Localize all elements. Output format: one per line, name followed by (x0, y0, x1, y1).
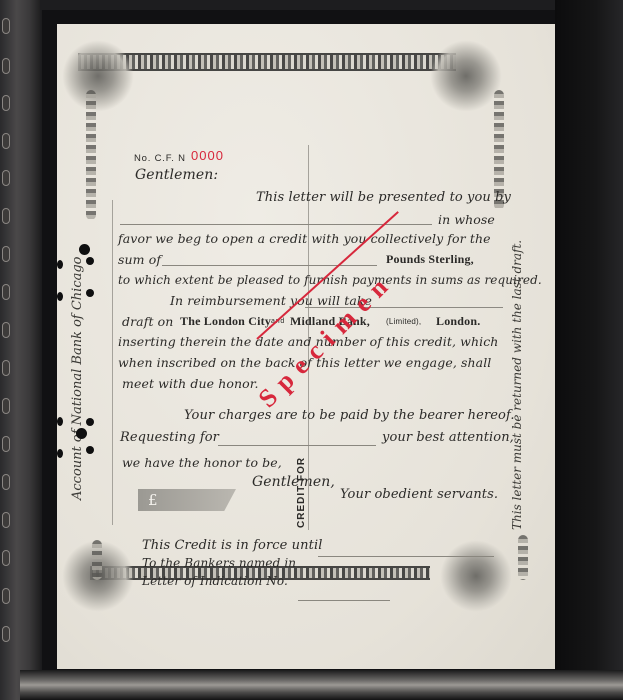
sleeve-bottom-edge (20, 670, 623, 700)
requesting-for-blank (218, 445, 376, 446)
serial-number: 0000 (191, 148, 224, 163)
binder-ring-icon (2, 284, 10, 300)
punch-hole (76, 428, 87, 439)
punch-hole (57, 449, 63, 458)
specimen-word: Specimen (253, 266, 401, 414)
binder-ring-icon (2, 436, 10, 452)
punch-hole (86, 289, 94, 297)
binder-ring-icon (2, 133, 10, 149)
footer-in-force: This Credit is in force until (142, 538, 322, 553)
salutation: Gentlemen: (135, 167, 218, 183)
floral-corner-ornament-icon (62, 40, 134, 112)
closing-obedient-servants: Your obedient servants. (340, 487, 498, 502)
body-line-requesting: Requesting for (120, 430, 219, 445)
indication-number-blank (298, 600, 390, 601)
punch-hole (86, 446, 94, 454)
pound-sign-icon: £ (148, 491, 158, 509)
binder-ring-icon (2, 246, 10, 262)
body-line-favor: favor we beg to open a credit with you c… (118, 231, 491, 246)
scroll-corner-ornament-icon (440, 540, 512, 612)
binder-ring-icon (2, 474, 10, 490)
binder-ring-icon (2, 360, 10, 376)
binder-ring-icon (2, 18, 10, 34)
photo-stage: No. C.F. N 0000 Gentlemen: This letter w… (0, 0, 623, 700)
punch-hole (57, 417, 63, 426)
punch-hole (57, 292, 63, 301)
specimen-overprint: Specimen (243, 263, 403, 413)
binder-ring-icon (2, 550, 10, 566)
credit-for-label: CREDIT FOR (296, 457, 307, 528)
body-line-best-attention: your best attention, (382, 430, 514, 445)
binder-ring-icon (2, 398, 10, 414)
footer-bankers-line1: To the Bankers named in (142, 556, 296, 570)
body-line-sum-of: sum of (118, 252, 161, 267)
margin-text-right: This letter must be returned with the la… (510, 240, 524, 530)
binder-sleeve-edge (0, 0, 42, 700)
scroll-stem-left-icon (92, 540, 102, 580)
punch-hole (79, 244, 90, 255)
binder-ring-icon (2, 322, 10, 338)
body-line-due-honor: meet with due honor. (122, 376, 259, 391)
in-force-date-blank (318, 556, 494, 557)
left-margin-rule (112, 200, 113, 525)
binder-ring-icon (2, 170, 10, 186)
binder-ring-icon (2, 588, 10, 604)
body-line-charges: Your charges are to be paid by the beare… (184, 408, 515, 423)
body-line-honor-to-be: we have the honor to be, (122, 455, 282, 470)
binder-ring-icon (2, 512, 10, 528)
sleeve-right-edge (555, 0, 623, 670)
body-line-draft-on: draft on (122, 314, 173, 329)
binder-ring-icon (2, 58, 10, 74)
floral-corner-ornament-icon (430, 40, 502, 112)
body-line-in-whose: in whose (438, 212, 495, 227)
body-line-presented-by: This letter will be presented to you by (256, 190, 511, 205)
binder-ring-icon (2, 95, 10, 111)
binder-ring-icon (2, 208, 10, 224)
floral-vine-left-icon (86, 90, 96, 220)
sleeve-top-edge (40, 0, 623, 10)
margin-text-left: Account of National Bank of Chicago (70, 256, 85, 500)
serial-label: No. C.F. N (134, 153, 186, 164)
punch-hole (86, 257, 94, 265)
bank-city: London. (436, 314, 480, 329)
ornamental-border-top (78, 53, 456, 71)
punch-hole (57, 260, 63, 269)
closing-gentlemen: Gentlemen, (252, 474, 335, 490)
binder-ring-icon (2, 626, 10, 642)
footer-bankers-line2: Letter of Indication No. (142, 574, 288, 588)
scroll-stem-right-icon (518, 535, 528, 580)
punch-hole (86, 418, 94, 426)
